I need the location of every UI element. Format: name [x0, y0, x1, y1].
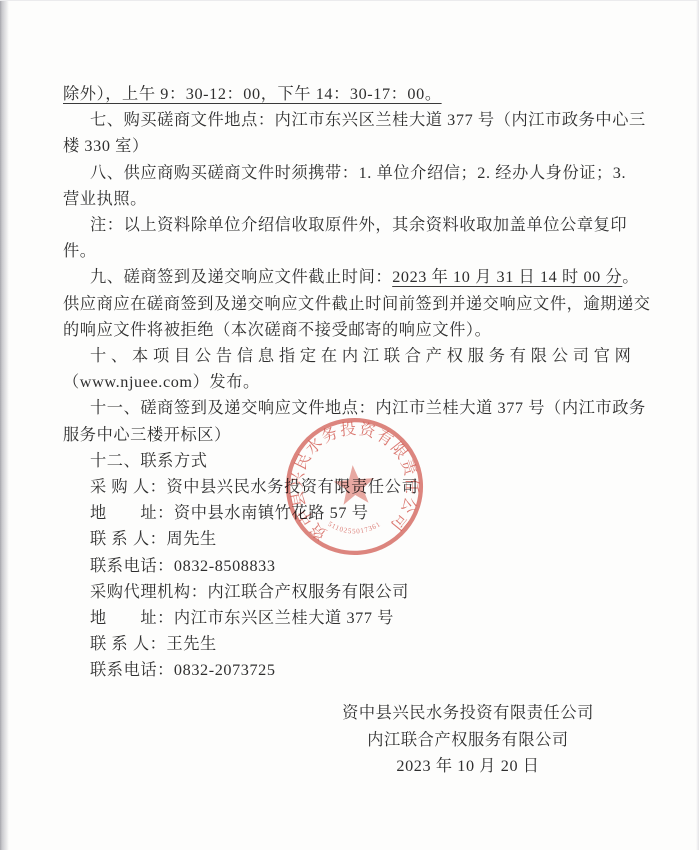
buyer-contact-line: 联 系 人：周先生 — [63, 526, 663, 552]
item-8-line-1: 八、供应商购买磋商文件时须携带：1. 单位介绍信；2. 经办人身份证；3. — [63, 160, 663, 186]
note-line-2: 件。 — [63, 238, 663, 264]
agency-phone-line: 联系电话：0832-2073725 — [63, 657, 663, 683]
signature-buyer-company: 资中县兴民水务投资有限责任公司 — [268, 700, 668, 727]
signature-block: 资中县兴民水务投资有限责任公司 内江联合产权服务有限公司 2023 年 10 月… — [268, 700, 668, 780]
office-hours-text: 除外），上午 9：30-12：00，下午 14：30-17：00。 — [63, 85, 442, 103]
item-9-line-2: 供应商应在磋商签到及递交响应文件截止时间前签到并递交响应文件，逾期递交 — [63, 291, 663, 317]
item-11-line-1: 十一、磋商签到及递交响应文件地点：内江市兰桂大道 377 号（内江市政务 — [63, 395, 663, 421]
item-9-line-1: 九、磋商签到及递交响应文件截止时间：2023 年 10 月 31 日 14 时 … — [63, 264, 663, 290]
item-12-heading: 十二、联系方式 — [63, 448, 663, 474]
agency-address-line: 地 址：内江市东兴区兰桂大道 377 号 — [63, 605, 663, 631]
item-7-line-1: 七、购买磋商文件地点：内江市东兴区兰桂大道 377 号（内江市政务中心三 — [63, 107, 663, 133]
agency-org-line: 采购代理机构：内江联合产权服务有限公司 — [63, 579, 663, 605]
item-7-line-2: 楼 330 室） — [63, 133, 663, 159]
deadline-datetime-text: 2023 年 10 月 31 日 14 时 00 分 — [392, 268, 622, 286]
item-9-lead-text: 九、磋商签到及递交响应文件截止时间： — [90, 268, 392, 286]
signature-agency-company: 内江联合产权服务有限公司 — [268, 727, 668, 754]
document-text-block: 除外），上午 9：30-12：00，下午 14：30-17：00。 七、购买磋商… — [63, 81, 663, 684]
buyer-name-line: 采 购 人：资中县兴民水务投资有限责任公司 — [63, 474, 663, 500]
item-10-line-2: （www.njuee.com）发布。 — [63, 369, 663, 395]
note-line-1: 注：以上资料除单位介绍信收取原件外，其余资料收取加盖单位公章复印 — [63, 212, 663, 238]
office-hours-line: 除外），上午 9：30-12：00，下午 14：30-17：00。 — [63, 81, 663, 107]
page-left-edge-shadow — [0, 1, 9, 850]
item-10-line-1: 十、本项目公告信息指定在内江联合产权服务有限公司官网 — [63, 343, 663, 369]
agency-contact-line: 联 系 人：王先生 — [63, 631, 663, 657]
scanned-document-page: 除外），上午 9：30-12：00，下午 14：30-17：00。 七、购买磋商… — [0, 0, 699, 850]
item-8-line-2: 营业执照。 — [63, 186, 663, 212]
item-9-tail-text: 。 — [622, 268, 639, 286]
item-9-line-3: 的响应文件将被拒绝（本次磋商不接受邮寄的响应文件）。 — [63, 317, 663, 343]
signature-date: 2023 年 10 月 20 日 — [268, 753, 668, 780]
buyer-phone-line: 联系电话：0832-8508833 — [63, 553, 663, 579]
buyer-address-line: 地 址：资中县水南镇竹花路 57 号 — [63, 500, 663, 526]
item-11-line-2: 服务中心三楼开标区） — [63, 422, 663, 448]
